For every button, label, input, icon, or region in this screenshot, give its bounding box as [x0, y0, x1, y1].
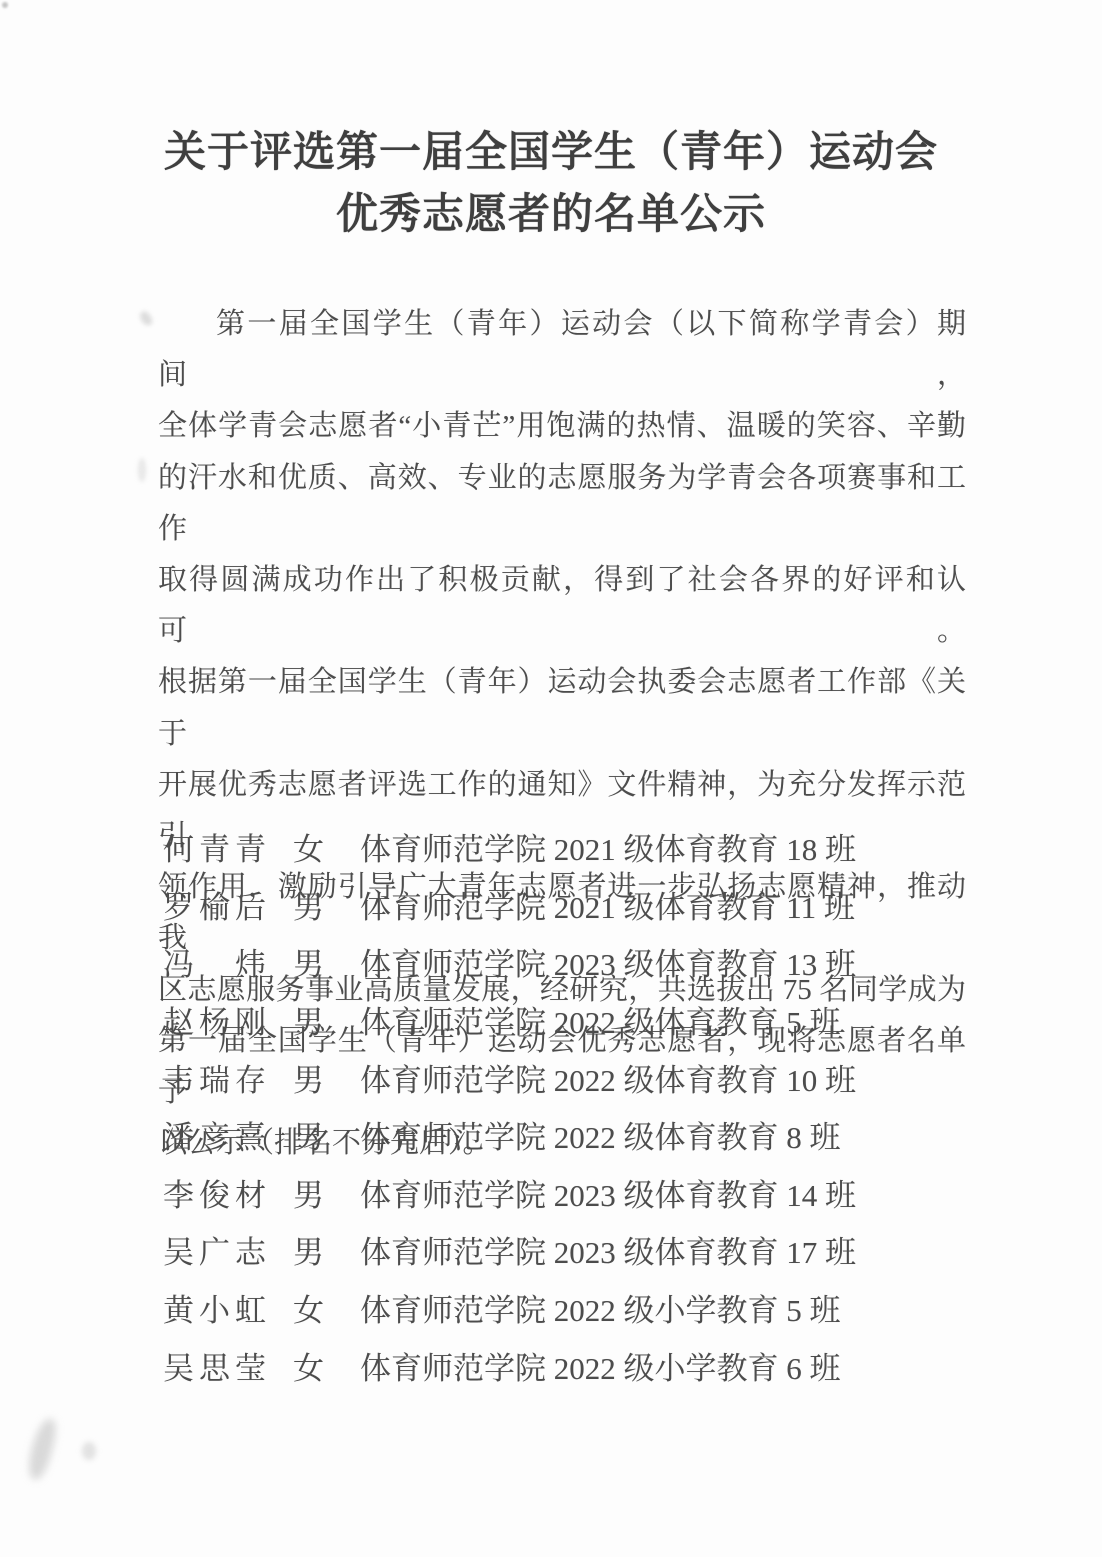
volunteer-class: 体育师范学院 2022 级体育教育 10 班 — [360, 1055, 973, 1100]
volunteer-row: 韦瑞存男体育师范学院 2022 级体育教育 10 班 — [163, 1048, 973, 1106]
paragraph-line: 根据第一届全国学生（青年）运动会执委会志愿者工作部《关于 — [158, 657, 966, 759]
volunteer-name: 吴广志 — [163, 1227, 293, 1272]
volunteer-gender: 男 — [293, 1055, 360, 1100]
volunteer-gender: 男 — [293, 939, 360, 984]
volunteer-row: 吴思莹女体育师范学院 2022 级小学教育 6 班 — [163, 1336, 973, 1394]
scan-smudge-edge — [138, 458, 146, 482]
volunteer-class: 体育师范学院 2022 级体育教育 8 班 — [360, 1112, 973, 1157]
scan-smudge-mark — [138, 310, 154, 328]
volunteer-class: 体育师范学院 2023 级体育教育 14 班 — [360, 1170, 973, 1215]
volunteer-row: 赵杨刚男体育师范学院 2022 级体育教育 5 班 — [163, 991, 973, 1049]
volunteer-row: 李俊材男体育师范学院 2023 级体育教育 14 班 — [163, 1164, 973, 1222]
volunteer-class: 体育师范学院 2023 级体育教育 17 班 — [360, 1227, 973, 1272]
scan-smudge-dots — [82, 1442, 96, 1460]
volunteer-class: 体育师范学院 2022 级体育教育 5 班 — [360, 997, 973, 1042]
document-title: 关于评选第一届全国学生（青年）运动会 优秀志愿者的名单公示 — [141, 122, 961, 246]
volunteer-gender: 女 — [293, 1343, 360, 1388]
scan-speck — [2, 2, 8, 8]
paragraph-line: 的汗水和优质、高效、专业的志愿服务为学青会各项赛事和工作 — [158, 453, 966, 555]
title-line-1: 关于评选第一届全国学生（青年）运动会 — [141, 122, 961, 184]
volunteer-row: 吴广志男体育师范学院 2023 级体育教育 17 班 — [163, 1221, 973, 1279]
volunteer-gender: 女 — [293, 1285, 360, 1330]
scan-smudge-streak — [25, 1417, 59, 1482]
volunteer-name: 吴思莹 — [163, 1343, 293, 1388]
volunteer-name: 赵杨刚 — [163, 997, 293, 1042]
volunteer-name: 何青青 — [163, 824, 293, 869]
volunteer-list: 何青青女体育师范学院 2021 级体育教育 18 班罗榆后男体育师范学院 202… — [163, 818, 973, 1394]
paragraph-line: 取得圆满成功作出了积极贡献，得到了社会各界的好评和认可。 — [158, 555, 966, 657]
volunteer-name: 黄小虹 — [163, 1285, 293, 1330]
volunteer-name: 李俊材 — [163, 1170, 293, 1215]
paragraph-line: 全体学青会志愿者“小青芒”用饱满的热情、温暖的笑容、辛勤 — [158, 401, 966, 452]
volunteer-gender: 男 — [293, 882, 360, 927]
volunteer-class: 体育师范学院 2021 级体育教育 11 班 — [360, 882, 973, 927]
volunteer-class: 体育师范学院 2021 级体育教育 18 班 — [360, 824, 973, 869]
volunteer-row: 冯 炜男体育师范学院 2023 级体育教育 13 班 — [163, 933, 973, 991]
document-page: 关于评选第一届全国学生（青年）运动会 优秀志愿者的名单公示 第一届全国学生（青年… — [0, 0, 1102, 1557]
volunteer-class: 体育师范学院 2022 级小学教育 6 班 — [360, 1343, 973, 1388]
volunteer-name: 潘彦熹 — [163, 1112, 293, 1157]
volunteer-name: 韦瑞存 — [163, 1055, 293, 1100]
volunteer-row: 罗榆后男体育师范学院 2021 级体育教育 11 班 — [163, 876, 973, 934]
volunteer-class: 体育师范学院 2023 级体育教育 13 班 — [360, 939, 973, 984]
volunteer-gender: 男 — [293, 997, 360, 1042]
volunteer-gender: 女 — [293, 824, 360, 869]
volunteer-name: 罗榆后 — [163, 882, 293, 927]
volunteer-gender: 男 — [293, 1170, 360, 1215]
volunteer-row: 何青青女体育师范学院 2021 级体育教育 18 班 — [163, 818, 973, 876]
paragraph-line: 第一届全国学生（青年）运动会（以下简称学青会）期间， — [158, 299, 966, 401]
volunteer-name: 冯 炜 — [163, 939, 293, 984]
title-line-2: 优秀志愿者的名单公示 — [141, 184, 961, 246]
volunteer-row: 潘彦熹男体育师范学院 2022 级体育教育 8 班 — [163, 1106, 973, 1164]
volunteer-gender: 男 — [293, 1227, 360, 1272]
volunteer-gender: 男 — [293, 1112, 360, 1157]
volunteer-row: 黄小虹女体育师范学院 2022 级小学教育 5 班 — [163, 1279, 973, 1337]
volunteer-class: 体育师范学院 2022 级小学教育 5 班 — [360, 1285, 973, 1330]
